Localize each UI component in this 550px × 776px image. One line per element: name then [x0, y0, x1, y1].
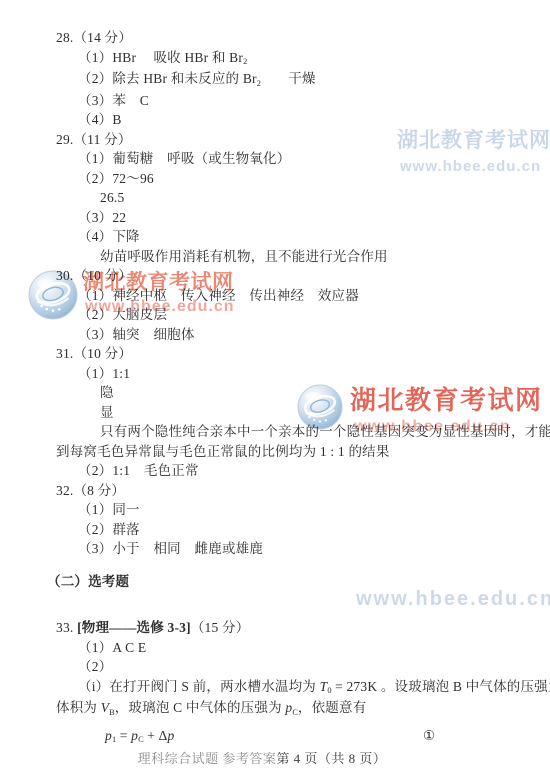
q31-ans-1b: 隐	[100, 383, 550, 403]
q28-ans-1: （1）HBr 吸收 HBr 和 Br2	[78, 48, 550, 70]
q33-ans-2: （2）	[78, 657, 550, 677]
q31-ans-1e: 到每窝毛色异常鼠与毛色正常鼠的比例均为 1 : 1 的结果	[56, 442, 550, 462]
footer-document-title: 理科综合试题 参考答案	[138, 751, 277, 766]
q30-ans-3: （3）轴突 细胞体	[78, 325, 550, 345]
q29-ans-2: （2）72～96	[78, 169, 550, 189]
q32-ans-2: （2）群落	[78, 520, 550, 540]
q29-header: 29.（11 分）	[56, 130, 550, 150]
q30-ans-1: （1）神经中枢 传入神经 传出神经 效应器	[78, 286, 550, 306]
q28-header: 28.（14 分）	[56, 28, 550, 48]
q32-header: 32.（8 分）	[56, 481, 550, 501]
q33-header: 33. [物理——选修 3-3]（15 分）	[56, 618, 550, 638]
footer-page-number: 第 4 页（共 8 页）	[276, 751, 386, 766]
q33-ans-1: （1）A C E	[78, 638, 550, 658]
equation-1: p1 = pC + Δp①	[105, 726, 550, 748]
section-2-header: （二）选考题	[47, 572, 550, 592]
q31-ans-1: （1）1:1	[78, 364, 550, 384]
q32-ans-1: （1）同一	[78, 500, 550, 520]
page-footer: 理科综合试题 参考答案第 4 页（共 8 页）	[0, 748, 550, 767]
q29-ans-2b: 26.5	[100, 188, 550, 208]
q28-ans-4: （4）B	[78, 110, 550, 130]
q29-ans-4b: 幼苗呼吸作用消耗有机物，且不能进行光合作用	[100, 247, 550, 267]
equation-number: ①	[423, 726, 435, 746]
q33-ans-2i-line2: 体积为 VB，玻璃泡 C 中气体的压强为 pC，依题意有	[56, 698, 550, 720]
q31-ans-1c: 显	[100, 403, 550, 423]
q29-ans-4: （4）下降	[78, 227, 550, 247]
answer-lines: 28.（14 分）（1）HBr 吸收 HBr 和 Br2（2）除去 HBr 和未…	[0, 0, 550, 747]
q33-ans-2i-line1: （i）在打开阀门 S 前，两水槽水温均为 T0 = 273K 。设玻璃泡 B 中…	[78, 677, 550, 699]
q30-ans-2: （2）大脑皮层	[78, 305, 550, 325]
q31-header: 31.（10 分）	[56, 344, 550, 364]
answer-sheet-page: 湖北教育考试网 www.hbee.edu.cn	[0, 0, 550, 776]
q31-ans-2: （2）1:1 毛色正常	[78, 461, 550, 481]
q29-ans-1: （1）葡萄糖 呼吸（或生物氧化）	[78, 149, 550, 169]
q28-ans-3: （3）苯 C	[78, 91, 550, 111]
q32-ans-3: （3）小于 相同 雌鹿或雄鹿	[78, 539, 550, 559]
q30-header: 30.（10 分）	[56, 266, 550, 286]
q31-ans-1d: 只有两个隐性纯合亲本中一个亲本的一个隐性基因突变为显性基因时，才能得	[100, 422, 550, 442]
q29-ans-3: （3）22	[78, 208, 550, 228]
q28-ans-2: （2）除去 HBr 和未反应的 Br2 干燥	[78, 69, 550, 91]
